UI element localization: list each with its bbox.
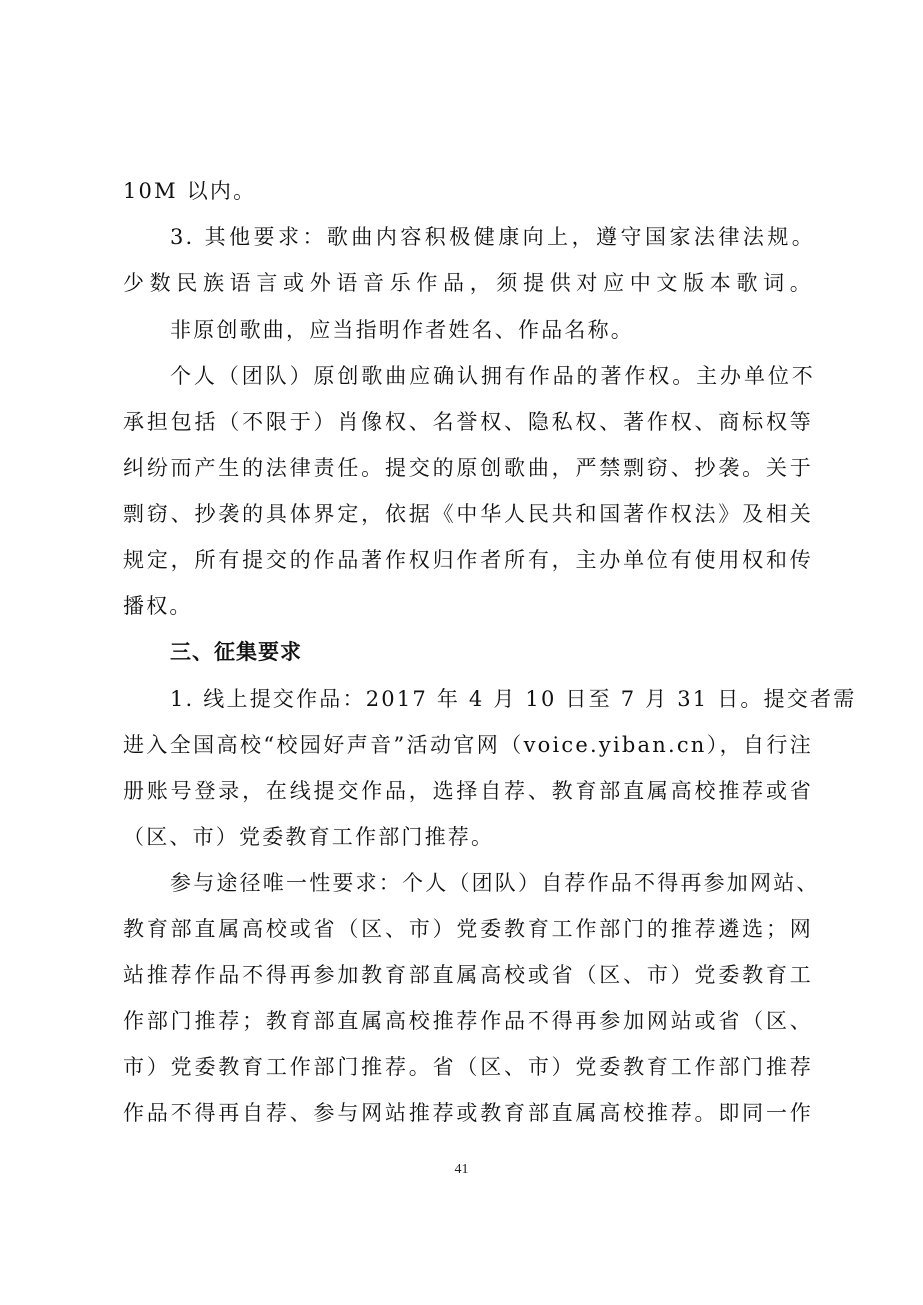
text-line-continuation: 10M 以内。 [123, 176, 813, 206]
document-page: 10M 以内。 3. 其他要求：歌曲内容积极健康向上，遵守国家法律法规。 少数民… [0, 0, 923, 1305]
text-line: 作部门推荐；教育部直属高校推荐作品不得再参加网站或省（区、 [123, 1006, 813, 1036]
text-line: 作品不得再自荐、参与网站推荐或教育部直属高校推荐。即同一作 [123, 1098, 813, 1128]
text-line: 市）党委教育工作部门推荐。省（区、市）党委教育工作部门推荐 [123, 1052, 813, 1082]
paragraph-non-original-songs: 非原创歌曲，应当指明作者姓名、作品名称。 [170, 315, 815, 345]
paragraph-unique-participation: 参与途径唯一性要求：个人（团队）自荐作品不得再参加网站、 [170, 868, 815, 898]
paragraph-online-submission: 1. 线上提交作品：2017 年 4 月 10 日至 7 月 31 日。提交者需 [170, 684, 815, 714]
text-line: 册账号登录，在线提交作品，选择自荐、教育部直属高校推荐或省 [123, 776, 813, 806]
section-heading-collection-requirements: 三、征集要求 [170, 637, 815, 667]
text-line: 剽窃、抄袭的具体界定，依据《中华人民共和国著作权法》及相关 [123, 499, 813, 529]
paragraph-copyright: 个人（团队）原创歌曲应确认拥有作品的著作权。主办单位不 [170, 361, 815, 391]
text-line: 站推荐作品不得再参加教育部直属高校或省（区、市）党委教育工 [123, 960, 813, 990]
text-line: 少数民族语言或外语音乐作品，须提供对应中文版本歌词。 [123, 268, 813, 298]
text-line: 教育部直属高校或省（区、市）党委教育工作部门的推荐遴选；网 [123, 914, 813, 944]
page-number: 41 [0, 1162, 923, 1178]
text-line: 播权。 [123, 591, 813, 621]
text-line: 承担包括（不限于）肖像权、名誉权、隐私权、著作权、商标权等 [123, 407, 813, 437]
paragraph-other-requirements: 3. 其他要求：歌曲内容积极健康向上，遵守国家法律法规。 [170, 222, 815, 252]
text-line: （区、市）党委教育工作部门推荐。 [123, 822, 813, 852]
text-line: 纠纷而产生的法律责任。提交的原创歌曲，严禁剽窃、抄袭。关于 [123, 453, 813, 483]
text-line: 规定，所有提交的作品著作权归作者所有，主办单位有使用权和传 [123, 545, 813, 575]
text-line-website: 进入全国高校“校园好声音”活动官网（voice.yiban.cn），自行注 [123, 730, 813, 760]
